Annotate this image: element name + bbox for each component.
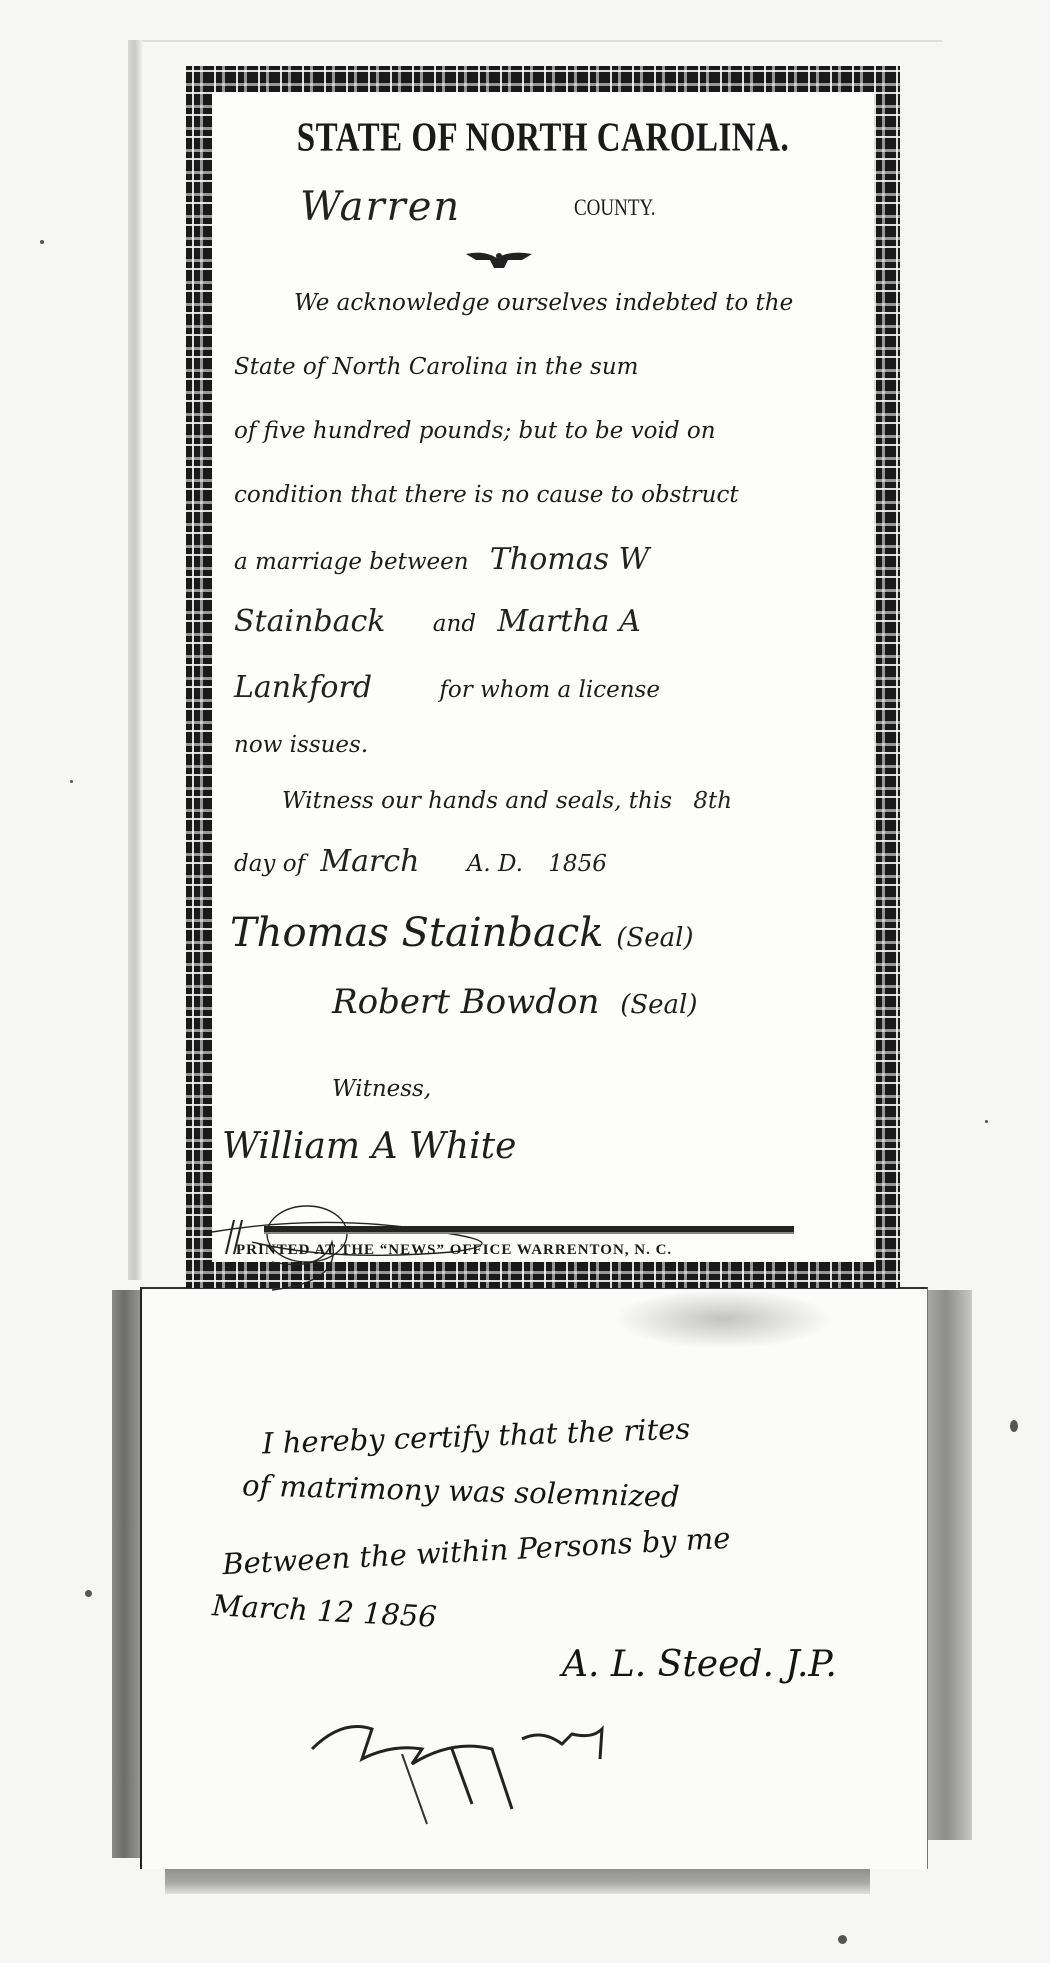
- groom-last-name: Stainback: [234, 604, 385, 639]
- bride-first-name: Martha A: [497, 604, 640, 639]
- speck: [70, 780, 73, 783]
- bond-form: STATE OF NORTH CAROLINA. Warren COUNTY. …: [186, 66, 900, 1288]
- certificate-line-3: Between the within Persons by me: [221, 1521, 731, 1582]
- form-title: STATE OF NORTH CAROLINA.: [212, 115, 874, 161]
- slip-shadow-left: [112, 1290, 142, 1858]
- witness-seal-line: Witness our hands and seals, this 8th: [234, 788, 856, 814]
- signature-rule: [264, 1226, 794, 1234]
- issues-line: now issues.: [234, 732, 856, 758]
- paper-edge: [128, 40, 142, 1280]
- month-value: March: [320, 844, 419, 879]
- signature-2: Robert Bowdon (Seal): [332, 982, 698, 1022]
- certificate-line-2: of matrimony was solemnized: [242, 1468, 680, 1513]
- printer-imprint: PRINTED AT THE “NEWS” OFFICE WARRENTON, …: [236, 1242, 874, 1259]
- speck: [40, 240, 44, 244]
- year-value: 1856: [548, 851, 607, 877]
- county-label: COUNTY.: [574, 196, 655, 222]
- bride-last-name: Lankford: [234, 670, 372, 705]
- paper-top-edge: [142, 40, 942, 42]
- groom-first-name: Thomas W: [490, 542, 650, 577]
- speck: [838, 1935, 847, 1944]
- certificate-line-1: I hereby certify that the rites: [262, 1412, 691, 1461]
- scribble-mark: [302, 1709, 702, 1829]
- names-line: Stainback and Martha A: [234, 604, 856, 639]
- marriage-line: a marriage between Thomas W: [234, 542, 856, 577]
- body-line-2: State of North Carolina in the sum: [234, 354, 856, 380]
- license-line: Lankford for whom a license: [234, 670, 856, 705]
- certificate-line-4: March 12 1856: [211, 1588, 437, 1634]
- witness-signature: William A White: [222, 1126, 516, 1167]
- slip-shadow-bottom: [165, 1866, 870, 1894]
- speck: [985, 1120, 988, 1123]
- day-value: 8th: [693, 788, 732, 814]
- eagle-icon: [464, 248, 534, 270]
- speck: [1010, 1420, 1018, 1432]
- date-line: day of March A. D. 1856: [234, 844, 856, 879]
- signature-1: Thomas Stainback (Seal): [230, 910, 694, 956]
- body-line-1: We acknowledge ourselves indebted to the: [234, 290, 856, 316]
- certificate-slip: I hereby certify that the rites of matri…: [140, 1287, 928, 1869]
- county-name: Warren: [300, 184, 461, 230]
- body-line-4: condition that there is no cause to obst…: [234, 482, 856, 508]
- body-line-3: of five hundred pounds; but to be void o…: [234, 418, 856, 444]
- witness-label: Witness,: [234, 1076, 856, 1102]
- speck: [85, 1590, 92, 1597]
- justice-signature: A. L. Steed. J.P.: [562, 1644, 837, 1685]
